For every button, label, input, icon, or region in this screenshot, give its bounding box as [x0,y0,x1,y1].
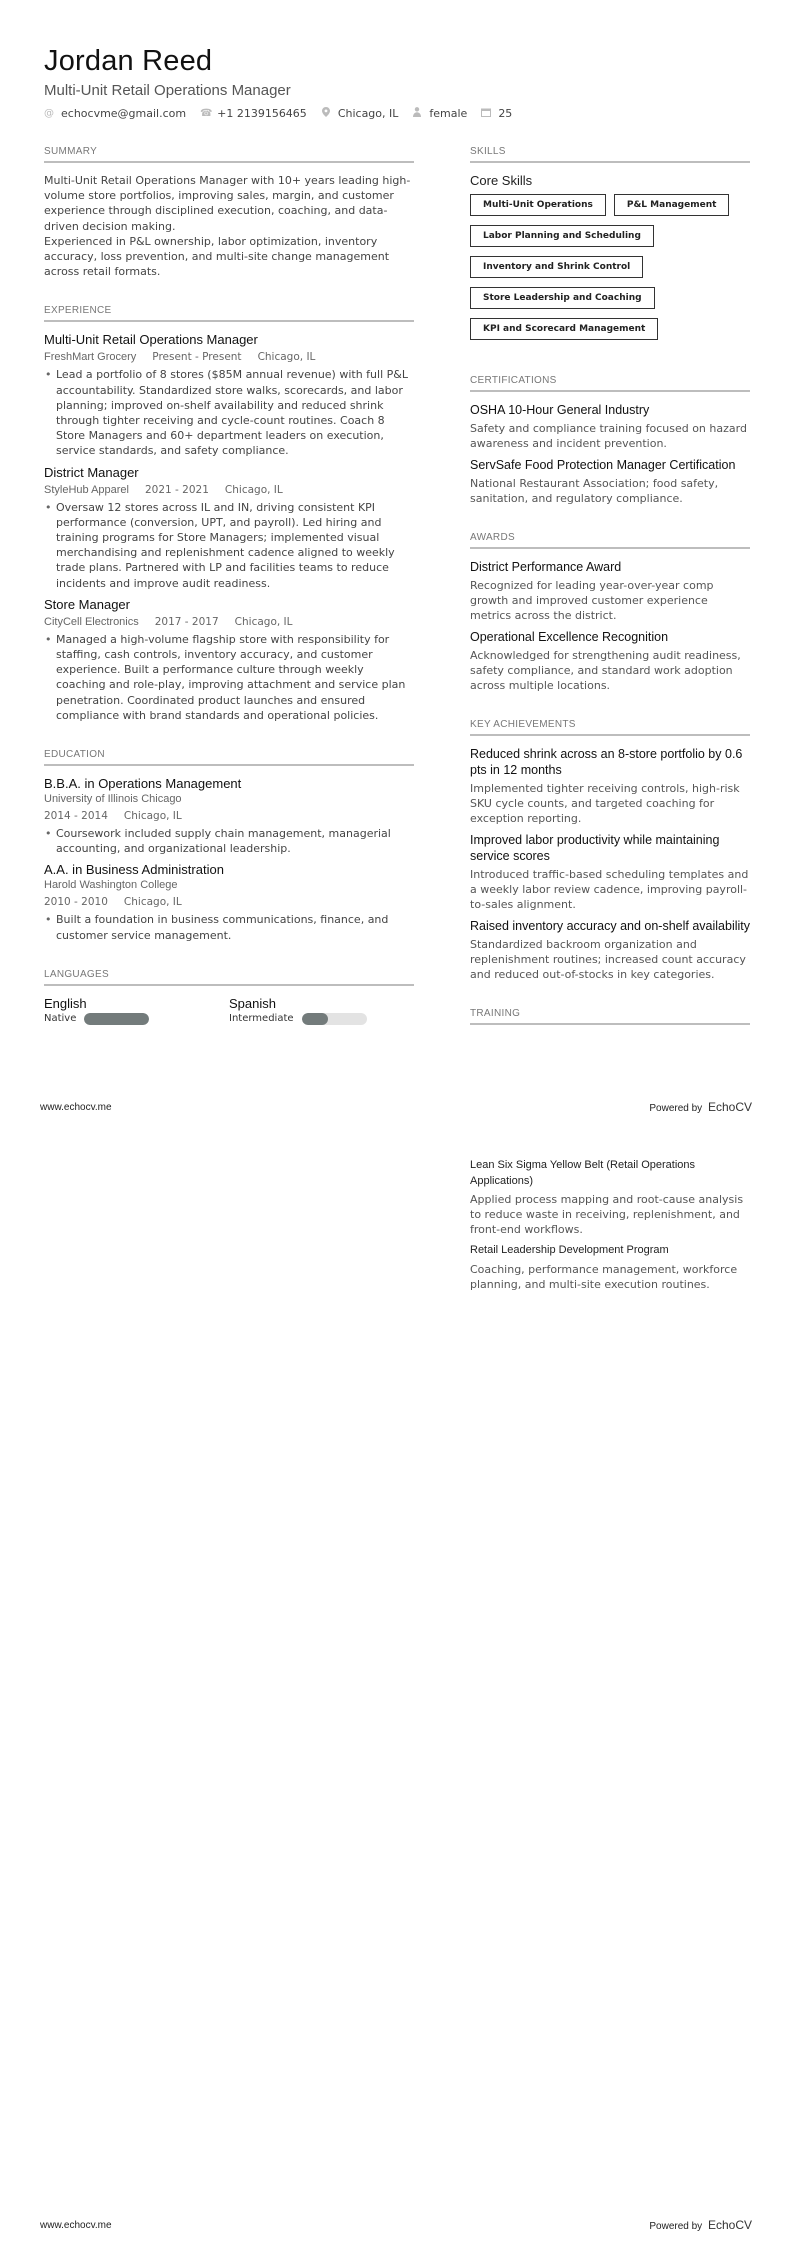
languages-section: LANGUAGES English Native Spanish Interme… [44,969,414,1025]
education-location: Chicago, IL [124,895,182,910]
section-heading-education: EDUCATION [44,749,414,766]
language-name: English [44,996,229,1011]
contact-phone[interactable]: ☎ +1 2139156465 [200,107,307,120]
training-title: Lean Six Sigma Yellow Belt (Retail Opera… [470,1158,750,1189]
page-footer: www.echocv.me Powered by EchoCV [40,1100,752,1114]
school-name: University of Illinois Chicago [44,792,414,807]
contact-location: Chicago, IL [321,107,399,120]
candidate-title: Multi-Unit Retail Operations Manager [44,82,526,99]
job-meta: StyleHub Apparel 2021 - 2021 Chicago, IL [44,483,414,498]
resume-page-2: Lean Six Sigma Yellow Belt (Retail Opera… [0,1120,794,2246]
powered-by-text: Powered by [649,1103,702,1114]
language-level-row: Native [44,1013,229,1025]
job-title: Multi-Unit Retail Operations Manager [44,332,414,348]
age-text: 25 [498,107,512,120]
section-heading-certifications: CERTIFICATIONS [470,375,750,392]
job-bullet: Lead a portfolio of 8 stores ($85M annua… [44,367,414,458]
certification-desc: National Restaurant Association; food sa… [470,476,750,506]
achievement-title: Raised inventory accuracy and on-shelf a… [470,918,750,934]
job-dates: Present - Present [152,350,241,365]
job-dates: 2021 - 2021 [145,483,209,498]
job-location: Chicago, IL [235,615,293,630]
summary-section: SUMMARY Multi-Unit Retail Operations Man… [44,146,414,279]
experience-item: District Manager StyleHub Apparel 2021 -… [44,465,414,591]
job-bullets: Oversaw 12 stores across IL and IN, driv… [44,500,414,591]
school-name: Harold Washington College [44,878,414,893]
page-footer: www.echocv.me Powered by EchoCV [40,2218,752,2232]
left-column: SUMMARY Multi-Unit Retail Operations Man… [44,146,414,1051]
skills-group-title: Core Skills [470,173,750,188]
brand-logo[interactable]: EchoCV [708,1100,752,1114]
experience-item: Multi-Unit Retail Operations Manager Fre… [44,332,414,458]
skill-tag: KPI and Scorecard Management [470,318,658,340]
skill-tag: Inventory and Shrink Control [470,256,643,278]
powered-by-text: Powered by [649,2221,702,2232]
language-level: Native [44,1013,76,1024]
certification-title: ServSafe Food Protection Manager Certifi… [470,457,750,473]
section-heading-training: TRAINING [470,1008,750,1025]
language-name: Spanish [229,996,414,1011]
footer-website-link[interactable]: www.echocv.me [40,2220,112,2231]
job-bullet: Oversaw 12 stores across IL and IN, driv… [44,500,414,591]
education-bullets: Built a foundation in business communica… [44,912,414,942]
award-title: District Performance Award [470,559,750,575]
certification-desc: Safety and compliance training focused o… [470,421,750,451]
phone-text: +1 2139156465 [217,107,307,120]
achievement-desc: Introduced traffic-based scheduling temp… [470,867,750,912]
section-heading-achievements: KEY ACHIEVEMENTS [470,719,750,736]
experience-section: EXPERIENCE Multi-Unit Retail Operations … [44,305,414,723]
resume-header: Jordan Reed Multi-Unit Retail Operations… [44,44,526,120]
award-title: Operational Excellence Recognition [470,629,750,645]
job-bullet: Managed a high-volume flagship store wit… [44,632,414,723]
degree-title: A.A. in Business Administration [44,862,414,878]
education-bullet: Coursework included supply chain managem… [44,826,414,856]
certifications-section: CERTIFICATIONS OSHA 10-Hour General Indu… [470,375,750,506]
training-desc: Coaching, performance management, workfo… [470,1262,750,1292]
achievement-desc: Standardized backroom organization and r… [470,937,750,982]
skill-tag: Multi-Unit Operations [470,194,606,216]
skills-section: SKILLS Core Skills Multi-Unit Operations… [470,146,750,349]
experience-item: Store Manager CityCell Electronics 2017 … [44,597,414,723]
contact-bar: @ echocvme@gmail.com ☎ +1 2139156465 Chi… [44,107,526,120]
email-icon: @ [44,108,54,119]
summary-paragraph: Multi-Unit Retail Operations Manager wit… [44,173,414,234]
brand-logo[interactable]: EchoCV [708,2218,752,2232]
phone-icon: ☎ [200,108,210,119]
achievement-title: Improved labor productivity while mainta… [470,832,750,864]
contact-gender: female [412,107,467,120]
section-heading-languages: LANGUAGES [44,969,414,986]
award-desc: Recognized for leading year-over-year co… [470,578,750,623]
company-name: StyleHub Apparel [44,483,129,498]
education-dates: 2014 - 2014 [44,809,108,824]
contact-email[interactable]: @ echocvme@gmail.com [44,107,186,120]
person-icon [412,107,422,120]
education-bullet: Built a foundation in business communica… [44,912,414,942]
job-title: Store Manager [44,597,414,613]
education-item: A.A. in Business Administration Harold W… [44,862,414,942]
email-text: echocvme@gmail.com [61,107,186,120]
language-list: English Native Spanish Intermediate [44,996,414,1025]
education-item: B.B.A. in Operations Management Universi… [44,776,414,856]
job-meta: CityCell Electronics 2017 - 2017 Chicago… [44,615,414,630]
contact-age: 25 [481,107,512,120]
skill-tag: Labor Planning and Scheduling [470,225,654,247]
education-location: Chicago, IL [124,809,182,824]
footer-website-link[interactable]: www.echocv.me [40,1102,112,1113]
awards-section: AWARDS District Performance Award Recogn… [470,532,750,693]
language-level-row: Intermediate [229,1013,414,1025]
section-heading-awards: AWARDS [470,532,750,549]
candidate-name: Jordan Reed [44,44,526,78]
degree-title: B.B.A. in Operations Management [44,776,414,792]
education-section: EDUCATION B.B.A. in Operations Managemen… [44,749,414,943]
job-title: District Manager [44,465,414,481]
language-item: English Native [44,996,229,1025]
job-bullets: Managed a high-volume flagship store wit… [44,632,414,723]
job-location: Chicago, IL [225,483,283,498]
education-bullets: Coursework included supply chain managem… [44,826,414,856]
summary-paragraph: Experienced in P&L ownership, labor opti… [44,234,414,280]
footer-powered-by: Powered by EchoCV [649,1100,752,1114]
skill-tag-list: Multi-Unit Operations P&L Management Lab… [470,194,750,349]
right-column: SKILLS Core Skills Multi-Unit Operations… [470,146,750,1051]
gender-text: female [429,107,467,120]
training-list: Lean Six Sigma Yellow Belt (Retail Opera… [470,1158,750,1292]
location-pin-icon [321,107,331,120]
training-section: TRAINING [470,1008,750,1025]
achievement-desc: Implemented tighter receiving controls, … [470,781,750,826]
award-desc: Acknowledged for strengthening audit rea… [470,648,750,693]
language-proficiency-bar [84,1013,149,1025]
education-dates: 2010 - 2010 [44,895,108,910]
skill-tag: P&L Management [614,194,730,216]
footer-powered-by: Powered by EchoCV [649,2218,752,2232]
section-heading-skills: SKILLS [470,146,750,163]
calendar-icon [481,108,491,120]
job-dates: 2017 - 2017 [155,615,219,630]
achievements-section: KEY ACHIEVEMENTS Reduced shrink across a… [470,719,750,982]
achievement-title: Reduced shrink across an 8-store portfol… [470,746,750,778]
job-bullets: Lead a portfolio of 8 stores ($85M annua… [44,367,414,458]
job-meta: FreshMart Grocery Present - Present Chic… [44,350,414,365]
education-meta: 2014 - 2014 Chicago, IL [44,809,414,824]
company-name: CityCell Electronics [44,615,139,630]
location-text: Chicago, IL [338,107,399,120]
training-title: Retail Leadership Development Program [470,1243,750,1259]
education-meta: 2010 - 2010 Chicago, IL [44,895,414,910]
job-location: Chicago, IL [258,350,316,365]
right-column-continued: Lean Six Sigma Yellow Belt (Retail Opera… [470,1158,750,1298]
language-proficiency-bar [302,1013,367,1025]
language-proficiency-fill [302,1013,328,1025]
certification-title: OSHA 10-Hour General Industry [470,402,750,418]
section-heading-experience: EXPERIENCE [44,305,414,322]
language-proficiency-fill [84,1013,149,1025]
skill-tag: Store Leadership and Coaching [470,287,655,309]
language-level: Intermediate [229,1013,294,1024]
training-desc: Applied process mapping and root-cause a… [470,1192,750,1237]
company-name: FreshMart Grocery [44,350,136,365]
language-item: Spanish Intermediate [229,996,414,1025]
resume-page-1: Jordan Reed Multi-Unit Retail Operations… [0,0,794,1120]
section-heading-summary: SUMMARY [44,146,414,163]
